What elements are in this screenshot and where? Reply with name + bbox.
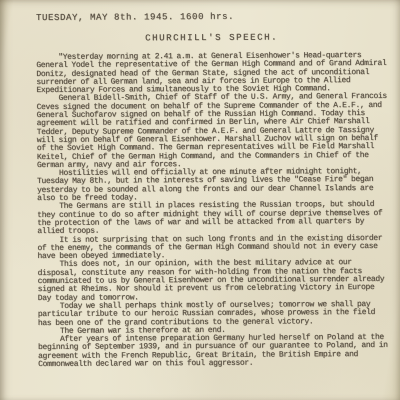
dateline: TUESDAY, MAY 8th. 1945. 1600 hrs. <box>36 11 387 23</box>
speech-paragraph: "Yesterday morning at 2.41 a.m. at Gener… <box>36 52 387 96</box>
page-title: CHURCHILL'S SPEECH. <box>36 32 387 44</box>
speech-paragraph: The Germans are still in places resistin… <box>37 201 388 236</box>
document-page: TUESDAY, MAY 8th. 1945. 1600 hrs. CHURCH… <box>0 0 400 400</box>
speech-body: "Yesterday morning at 2.41 a.m. at Gener… <box>36 52 389 369</box>
speech-paragraph: After years of intense preparation Germa… <box>38 334 389 369</box>
speech-paragraph: It is not surprising that on such long f… <box>37 234 388 261</box>
speech-paragraph: Hostilities will end officially at one m… <box>37 168 388 203</box>
speech-paragraph: This does not, in our opinion, with the … <box>38 259 389 303</box>
speech-paragraph: General Bidell-Smith, Chief of Staff of … <box>37 93 388 170</box>
speech-paragraph: Today we shall perhaps think mostly of o… <box>38 301 389 328</box>
